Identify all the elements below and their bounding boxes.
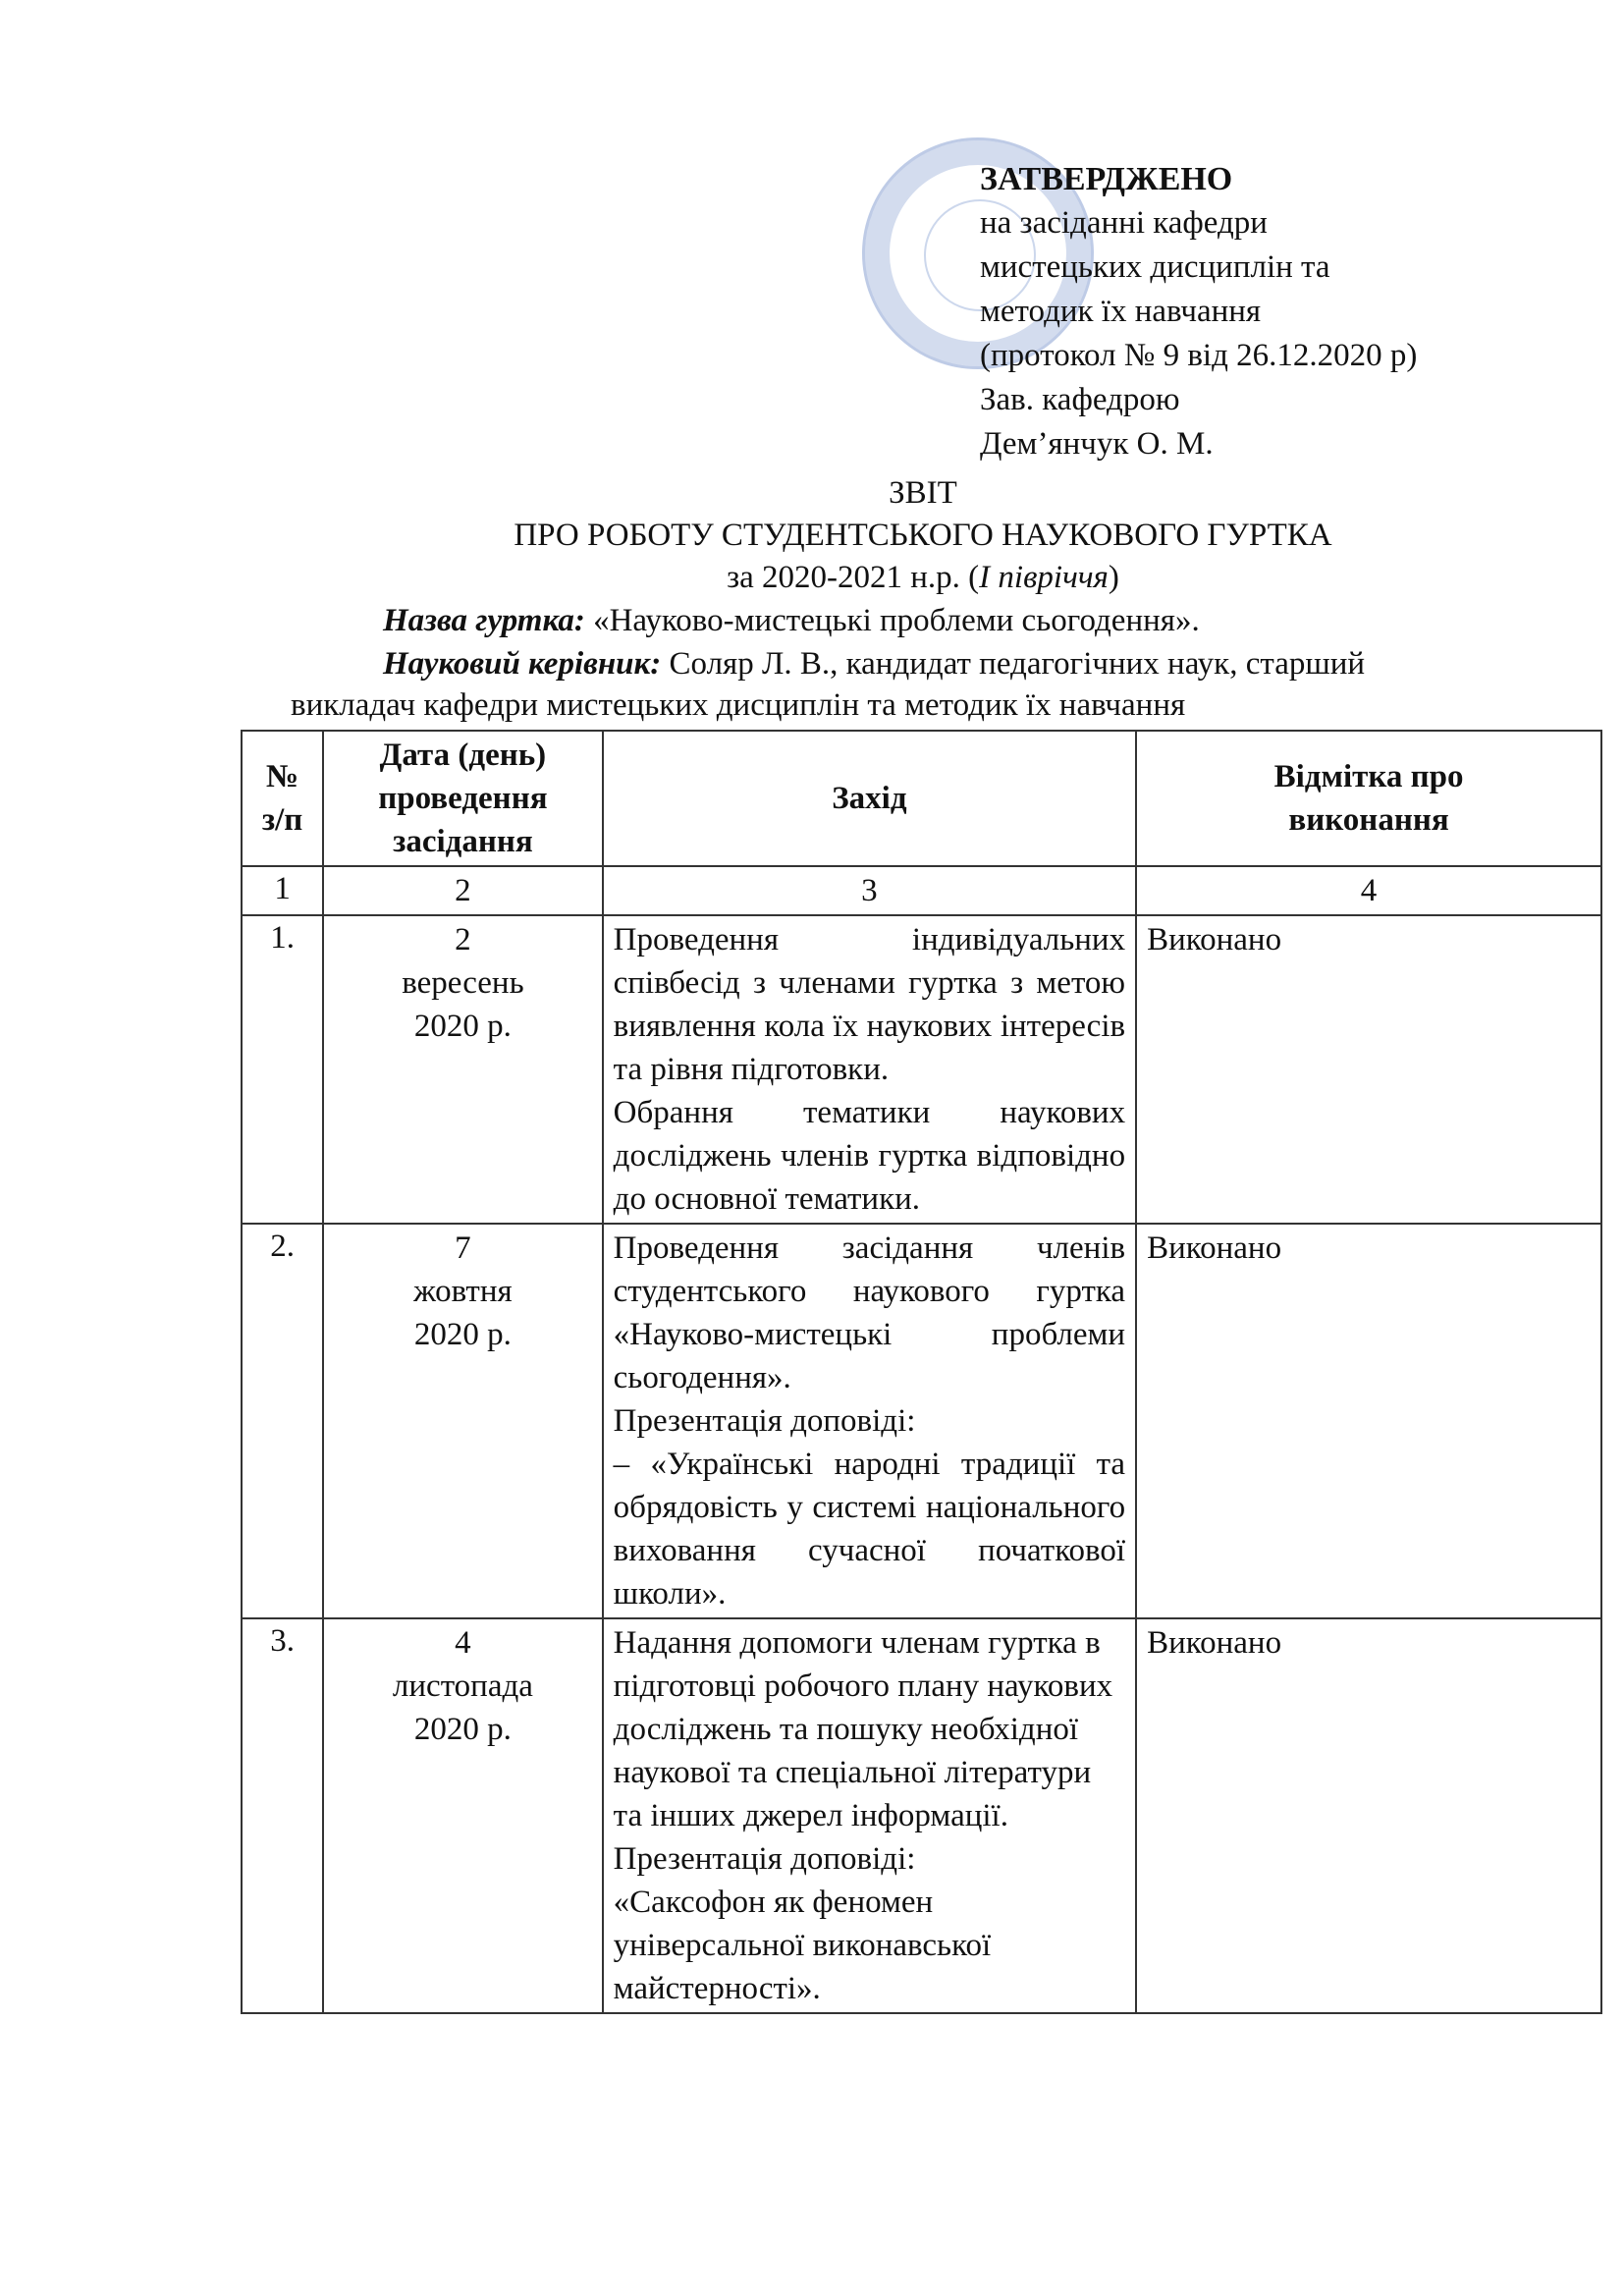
- approval-line: методик їх навчання: [980, 290, 1417, 334]
- circle-label: Назва гуртка:: [383, 603, 585, 638]
- event-paragraph: Презентація доповіді:: [614, 1837, 1125, 1881]
- supervisor-line-2: викладач кафедри мистецьких дисциплін та…: [291, 687, 1185, 724]
- event-paragraph: Обрання тематики наукових досліджень чле…: [614, 1091, 1125, 1221]
- approval-line: Зав. кафедрою: [980, 378, 1417, 422]
- column-number: 2: [323, 866, 602, 915]
- row-number: 2.: [242, 1224, 323, 1618]
- event-paragraph: Проведення засідання членів студентськог…: [614, 1227, 1125, 1399]
- table-row: 2. 7 жовтня 2020 р. Проведення засідання…: [242, 1224, 1601, 1618]
- approval-line: Дем’янчук О. М.: [980, 422, 1417, 466]
- column-number: 3: [603, 866, 1136, 915]
- event-paragraph: – «Українські народні традиції та обрядо…: [614, 1443, 1125, 1615]
- period-prefix: за 2020-2021 н.р. (: [727, 560, 979, 595]
- circle-name-line: Назва гуртка: «Науково-мистецькі проблем…: [383, 603, 1200, 639]
- row-date: 2 вересень 2020 р.: [323, 915, 602, 1224]
- table-row: 1. 2 вересень 2020 р. Проведення індивід…: [242, 915, 1601, 1224]
- report-subtitle: ПРО РОБОТУ СТУДЕНТСЬКОГО НАУКОВОГО ГУРТК…: [236, 518, 1610, 554]
- column-number: 4: [1136, 866, 1601, 915]
- row-event: Надання допомоги членам гуртка в підгото…: [603, 1618, 1136, 2013]
- event-paragraph: Проведення індивідуальних співбесід з чл…: [614, 918, 1125, 1091]
- approval-title: ЗАТВЕРДЖЕНО: [980, 157, 1417, 201]
- row-status: Виконано: [1136, 1224, 1601, 1618]
- activity-table: № з/п Дата (день) проведення засідання З…: [241, 730, 1602, 2014]
- circle-name: «Науково-мистецькі проблеми сьогодення».: [585, 603, 1200, 638]
- row-number: 1.: [242, 915, 323, 1224]
- table-row: 3. 4 листопада 2020 р. Надання допомоги …: [242, 1618, 1601, 2013]
- period-italic: І півріччя: [979, 560, 1109, 595]
- header-number: № з/п: [242, 731, 323, 866]
- event-paragraph: «Саксофон як феномен універсальної викон…: [614, 1881, 1125, 2010]
- header-event: Захід: [603, 731, 1136, 866]
- approval-line: мистецьких дисциплін та: [980, 246, 1417, 290]
- approval-block: ЗАТВЕРДЖЕНО на засіданні кафедри мистець…: [980, 157, 1417, 466]
- supervisor-line: Науковий керівник: Соляр Л. В., кандидат…: [383, 646, 1365, 683]
- header-date: Дата (день) проведення засідання: [323, 731, 602, 866]
- row-status: Виконано: [1136, 1618, 1601, 2013]
- event-paragraph: Презентація доповіді:: [614, 1399, 1125, 1443]
- row-number: 3.: [242, 1618, 323, 2013]
- approval-line: на засіданні кафедри: [980, 201, 1417, 246]
- supervisor-text: Соляр Л. В., кандидат педагогічних наук,…: [661, 646, 1365, 682]
- table-header-row: № з/п Дата (день) проведення засідання З…: [242, 731, 1601, 866]
- row-date: 4 листопада 2020 р.: [323, 1618, 602, 2013]
- column-number: 1: [242, 866, 323, 915]
- report-title: ЗВІТ: [236, 475, 1610, 512]
- row-status: Виконано: [1136, 915, 1601, 1224]
- event-paragraph: Надання допомоги членам гуртка в підгото…: [614, 1621, 1125, 1837]
- row-date: 7 жовтня 2020 р.: [323, 1224, 602, 1618]
- period-suffix: ): [1109, 560, 1119, 595]
- column-number-row: 1 2 3 4: [242, 866, 1601, 915]
- supervisor-label: Науковий керівник:: [383, 646, 661, 682]
- report-period: за 2020-2021 н.р. (І півріччя): [236, 560, 1610, 596]
- header-status: Відмітка про виконання: [1136, 731, 1601, 866]
- row-event: Проведення індивідуальних співбесід з чл…: [603, 915, 1136, 1224]
- row-event: Проведення засідання членів студентськог…: [603, 1224, 1136, 1618]
- approval-line: (протокол № 9 від 26.12.2020 р): [980, 334, 1417, 378]
